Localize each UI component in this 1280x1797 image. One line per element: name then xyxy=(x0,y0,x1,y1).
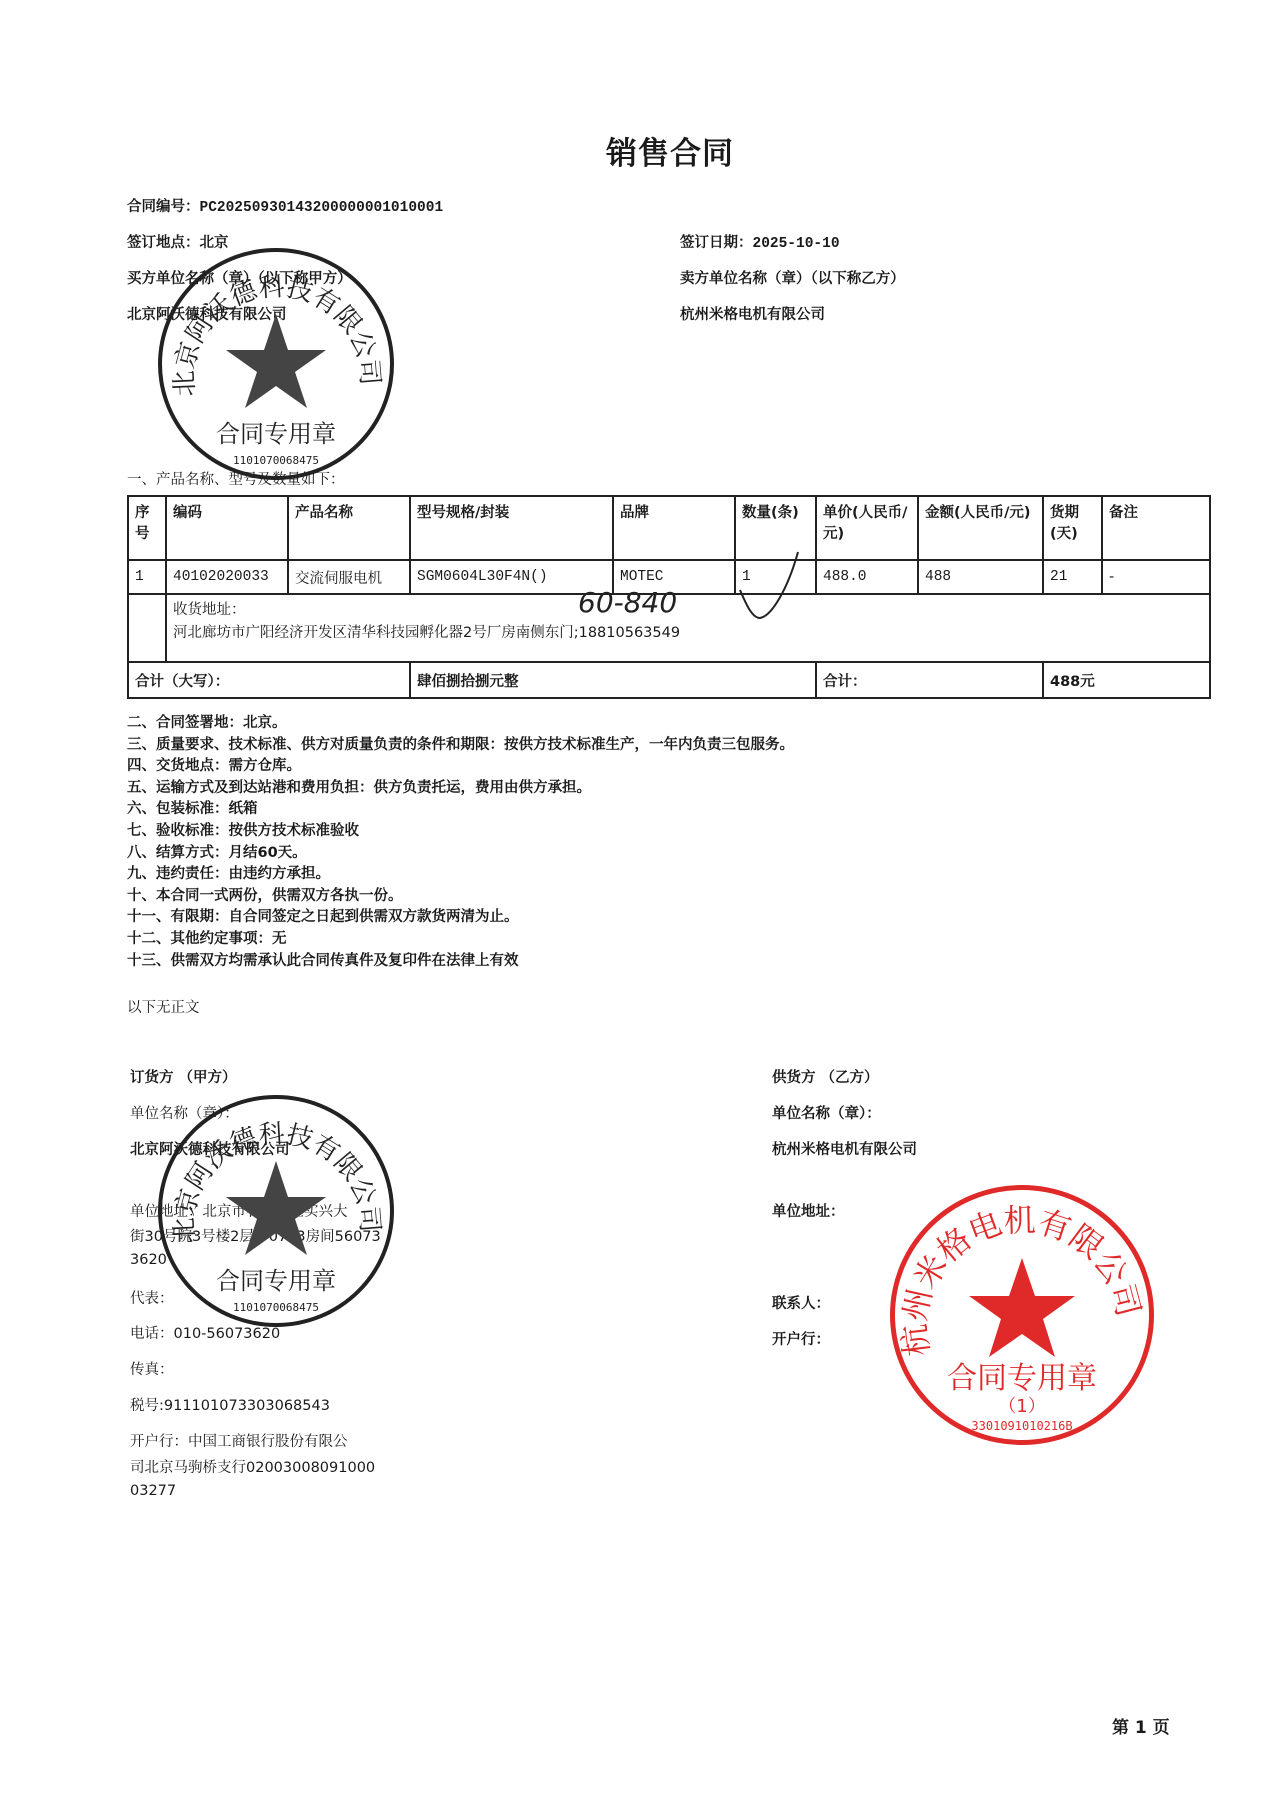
handwritten-check-icon xyxy=(730,548,810,628)
header-cell: 单价(人民币/元) xyxy=(816,496,918,560)
svg-text:合同专用章: 合同专用章 xyxy=(216,420,336,448)
header-cell: 金额(人民币/元) xyxy=(918,496,1043,560)
clause: 五、运输方式及到达站港和费用负担：供方负责托运，费用由供方承担。 xyxy=(127,778,794,800)
header-cell: 型号规格/封装 xyxy=(410,496,613,560)
total-upper-label: 合计（大写）： xyxy=(128,662,410,698)
table-header-row: 序号 编码 产品名称 型号规格/封装 品牌 数量(条) 单价(人民币/元) 金额… xyxy=(128,496,1210,560)
total-upper-value: 肆佰捌拾捌元整 xyxy=(410,662,816,698)
seller-label: 卖方单位名称（章）（以下称乙方） xyxy=(680,267,905,288)
header-cell: 备注 xyxy=(1102,496,1210,560)
delivery-address-label: 收货地址： xyxy=(173,599,1203,622)
cell-no: 1 xyxy=(128,560,166,594)
seller-contact-label: 联系人： xyxy=(772,1292,830,1313)
contract-number-label: 合同编号： xyxy=(127,199,200,215)
buyer-contract-seal-top: 北京阿沃德科技有限公司 合同专用章 1101070068475 xyxy=(158,248,394,480)
header-cell: 序号 xyxy=(128,496,166,560)
star-icon xyxy=(226,1161,326,1255)
star-icon xyxy=(969,1258,1075,1357)
buyer-fax: 传真： xyxy=(130,1358,174,1379)
seller-name: 杭州米格电机有限公司 xyxy=(680,303,825,324)
delivery-address-value: 河北廊坊市广阳经济开发区清华科技园孵化器2号厂房南侧东门;18810563549 xyxy=(173,622,1203,645)
svg-text:1101070068475: 1101070068475 xyxy=(233,1301,319,1314)
total-label: 合计： xyxy=(816,662,1043,698)
cell-amount: 488 xyxy=(918,560,1043,594)
buyer-bank-line: 开户行：中国工商银行股份有限公 xyxy=(130,1430,348,1451)
cell-code: 40102020033 xyxy=(166,560,288,594)
cell-lead-time: 21 xyxy=(1043,560,1102,594)
clause: 七、验收标准：按供方技术标准验收 xyxy=(127,821,794,843)
clause: 八、结算方式：月结60天。 xyxy=(127,843,794,865)
document-title: 销售合同 xyxy=(0,128,1280,173)
handwritten-note: 60-840 xyxy=(578,586,677,619)
cell-name: 交流伺服电机 xyxy=(288,560,410,594)
clause: 六、包装标准：纸箱 xyxy=(127,799,794,821)
header-cell: 编码 xyxy=(166,496,288,560)
sign-place-value: 北京 xyxy=(200,235,229,251)
seller-unit-name: 杭州米格电机有限公司 xyxy=(772,1138,917,1159)
clause: 十一、有限期：自合同签定之日起到供需双方款货两清为止。 xyxy=(127,907,794,929)
clause: 十三、供需双方均需承认此合同传真件及复印件在法律上有效 xyxy=(127,951,794,973)
clause: 四、交货地点：需方仓库。 xyxy=(127,756,794,778)
total-row: 合计（大写）： 肆佰捌拾捌元整 合计： 488元 xyxy=(128,662,1210,698)
star-icon xyxy=(226,314,326,408)
seller-unit-name-label: 单位名称（章）： xyxy=(772,1102,881,1123)
clause: 二、合同签署地：北京。 xyxy=(127,713,794,735)
sign-date-label: 签订日期： xyxy=(680,235,753,251)
svg-text:1101070068475: 1101070068475 xyxy=(233,454,319,467)
page-number: 第 1 页 xyxy=(1112,1713,1170,1738)
buyer-contract-seal-bottom: 北京阿沃德科技有限公司 合同专用章 1101070068475 xyxy=(158,1095,394,1327)
end-note: 以下无正文 xyxy=(127,996,200,1017)
svg-text:合同专用章: 合同专用章 xyxy=(947,1361,1097,1396)
svg-text:3301091010216B: 3301091010216B xyxy=(971,1419,1072,1433)
sign-place-label: 签订地点： xyxy=(127,235,200,251)
buyer-tax-id: 税号:911101073303068543 xyxy=(130,1394,330,1415)
header-cell: 货期(天) xyxy=(1043,496,1102,560)
seller-contract-seal: 杭州米格电机有限公司 合同专用章 （1） 3301091010216B xyxy=(890,1185,1154,1445)
svg-text:（1）: （1） xyxy=(998,1396,1045,1417)
seller-bank-label: 开户行： xyxy=(772,1328,830,1349)
svg-text:合同专用章: 合同专用章 xyxy=(216,1267,336,1295)
clause: 三、质量要求、技术标准、供方对质量负责的条件和期限：按供方技术标准生产，一年内负… xyxy=(127,735,794,757)
contract-number-value: PC20250930143200000001010001 xyxy=(200,200,444,216)
buyer-bank-line: 司北京马驹桥支行02003008091000 xyxy=(130,1456,375,1477)
seller-heading: 供货方 （乙方） xyxy=(772,1066,879,1087)
buyer-heading: 订货方 （甲方） xyxy=(130,1066,237,1087)
empty-cell xyxy=(128,594,166,662)
clause: 十二、其他约定事项：无 xyxy=(127,929,794,951)
clause: 十、本合同一式两份，供需双方各执一份。 xyxy=(127,886,794,908)
sign-place: 签订地点：北京 xyxy=(127,231,229,252)
seller-address-label: 单位地址： xyxy=(772,1200,845,1221)
sign-date-value: 2025-10-10 xyxy=(753,236,840,252)
header-cell: 产品名称 xyxy=(288,496,410,560)
buyer-bank-line: 03277 xyxy=(130,1483,176,1499)
total-value: 488元 xyxy=(1043,662,1210,698)
delivery-address-cell: 收货地址： 河北廊坊市广阳经济开发区清华科技园孵化器2号厂房南侧东门;18810… xyxy=(166,594,1210,662)
contract-number: 合同编号：PC20250930143200000001010001 xyxy=(127,195,443,216)
clauses-list: 二、合同签署地：北京。 三、质量要求、技术标准、供方对质量负责的条件和期限：按供… xyxy=(127,713,794,972)
sign-date: 签订日期：2025-10-10 xyxy=(680,231,840,252)
header-cell: 品牌 xyxy=(613,496,735,560)
cell-unit-price: 488.0 xyxy=(816,560,918,594)
cell-remark: - xyxy=(1102,560,1210,594)
clause: 九、违约责任：由违约方承担。 xyxy=(127,864,794,886)
